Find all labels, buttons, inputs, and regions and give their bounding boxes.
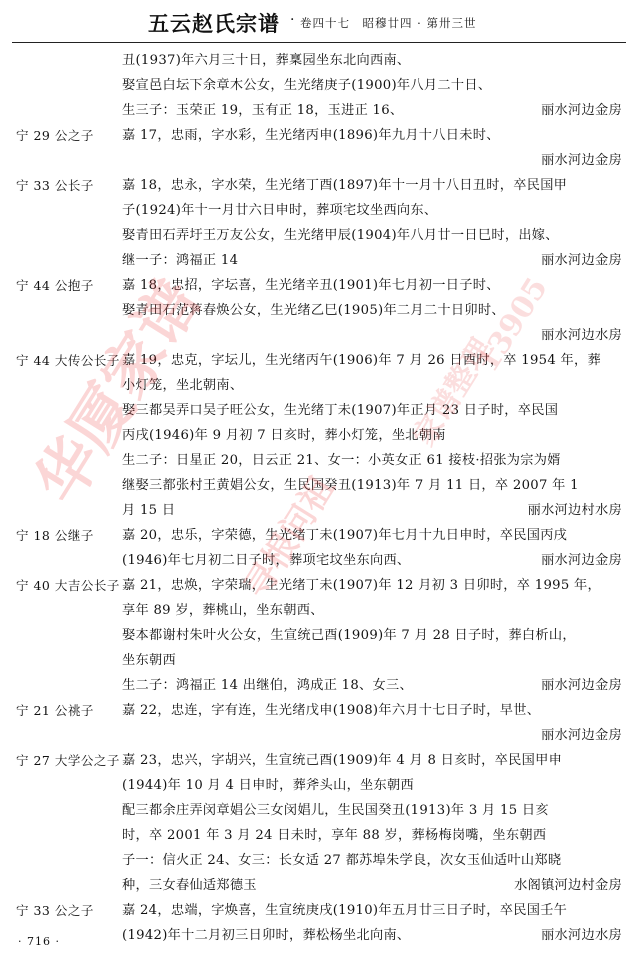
- genealogy-entry: 宁 44 大传公长子嘉 19，忠克，字坛儿，生光绪丙午(1906)年 7 月 2…: [0, 348, 635, 523]
- lineage-label: 宁 29 公之子: [0, 123, 122, 173]
- entry-text: 继一子：鸿福正 14: [122, 248, 238, 273]
- lineage-label: 宁 44 公抱子: [0, 273, 122, 348]
- residence-branch: 丽水河边金房: [541, 248, 622, 273]
- entry-line: 嘉 24，忠端，字焕喜，生宣统庚戌(1910)年五月廿三日子时，卒民国壬午: [122, 898, 622, 923]
- entry-body: 嘉 23，忠兴，字胡兴，生宣统己酉(1909)年 4 月 8 日亥时，卒民国甲申…: [122, 748, 622, 898]
- genealogy-entry: 宁 40 大吉公长子嘉 21，忠焕，字荣瑞，生光绪丁未(1907)年 12 月初…: [0, 573, 635, 698]
- entry-text: 嘉 18，忠招，字坛喜，生光绪辛丑(1901)年七月初一日子时、: [122, 273, 500, 298]
- entry-text: 时，卒 2001 年 3 月 24 日未时，享年 88 岁，葬杨梅岗嘴，坐东朝西: [122, 823, 546, 848]
- entry-line: 娶本都谢村朱叶火公女，生宣统己酉(1909)年 7 月 28 日子时，葬白析山，: [122, 623, 622, 648]
- entry-line: 时，卒 2001 年 3 月 24 日未时，享年 88 岁，葬杨梅岗嘴，坐东朝西: [122, 823, 622, 848]
- entry-body: 嘉 21，忠焕，字荣瑞，生光绪丁未(1907)年 12 月初 3 日卯时，卒 1…: [122, 573, 622, 698]
- entry-line: 嘉 21，忠焕，字荣瑞，生光绪丁未(1907)年 12 月初 3 日卯时，卒 1…: [122, 573, 622, 598]
- residence-branch: 丽水河边金房: [541, 723, 622, 748]
- entry-line: 小灯笼，坐北朝南、: [122, 373, 622, 398]
- entry-text: 娶青田石弄圩王万友公女，生光绪甲辰(1904)年八月廿一日巳时，出嫁、: [122, 223, 559, 248]
- header-rule: [12, 42, 626, 43]
- residence-branch: 水阁镇河边村金房: [514, 873, 622, 898]
- entry-line: 坐东朝西: [122, 648, 622, 673]
- entry-line: 丙戌(1946)年 9 月初 7 日亥时，葬小灯笼，坐北朝南: [122, 423, 622, 448]
- entry-line: (1942)年十二月初三日卯时，葬松杨坐北向南、丽水河边水房: [122, 923, 622, 948]
- entry-line: 生二子：日星正 20，日云正 21、女一：小英女正 61 接枝·招张为宗为婿: [122, 448, 622, 473]
- entry-text: 嘉 18，忠永，字水荣，生光绪丁酉(1897)年十一月十八日丑时，卒民国甲: [122, 173, 567, 198]
- entry-text: (1942)年十二月初三日卯时，葬松杨坐北向南、: [122, 923, 410, 948]
- entry-line: 丑(1937)年六月三十日，葬稟园坐东北向西南、: [122, 48, 622, 73]
- entry-line: 配三都余庄弄闵章娼公三女闵娼儿，生民国癸丑(1913)年 3 月 15 日亥: [122, 798, 622, 823]
- entry-text: 生二子：鸿福正 14 出继伯，鸿成正 18、女三、: [122, 673, 413, 698]
- entry-text: 嘉 21，忠焕，字荣瑞，生光绪丁未(1907)年 12 月初 3 日卯时，卒 1…: [122, 573, 601, 598]
- entry-line: 嘉 20，忠乐，字荣德，生光绪丁未(1907)年七月十九日申时，卒民国丙戌: [122, 523, 622, 548]
- entry-text: 嘉 22，忠连，字有连，生光绪戊申(1908)年六月十七日子时，早世、: [122, 698, 540, 723]
- entry-line: 子(1924)年十一月廿六日申时，葬项宅坟坐西向东、: [122, 198, 622, 223]
- entry-line: 嘉 18，忠永，字水荣，生光绪丁酉(1897)年十一月十八日丑时，卒民国甲: [122, 173, 622, 198]
- residence-branch: 丽水河边水房: [541, 923, 622, 948]
- genealogy-entry: 宁 27 大学公之子嘉 23，忠兴，字胡兴，生宣统己酉(1909)年 4 月 8…: [0, 748, 635, 898]
- entry-body: 丑(1937)年六月三十日，葬稟园坐东北向西南、娶宣邑白坛下余章木公女，生光绪庚…: [122, 48, 622, 123]
- entry-line: 嘉 17，忠雨，字水彩，生光绪丙申(1896)年九月十八日未时、: [122, 123, 622, 148]
- entry-text: 嘉 20，忠乐，字荣德，生光绪丁未(1907)年七月十九日申时，卒民国丙戌: [122, 523, 567, 548]
- entry-text: 嘉 19，忠克，字坛儿，生光绪丙午(1906)年 7 月 26 日酉时，卒 19…: [122, 348, 601, 373]
- page-header: 五云赵氏宗谱 · 卷四十七 昭穆廿四 · 第卅三世: [0, 0, 635, 44]
- entry-text: 继娶三都张村王黄娼公女，生民国癸丑(1913)年 7 月 11 日，卒 2007…: [122, 473, 579, 498]
- lineage-label: 宁 18 公继子: [0, 523, 122, 573]
- genealogy-entry: 宁 33 公长子嘉 18，忠永，字水荣，生光绪丁酉(1897)年十一月十八日丑时…: [0, 173, 635, 273]
- entry-text: 娶本都谢村朱叶火公女，生宣统己酉(1909)年 7 月 28 日子时，葬白析山，: [122, 623, 576, 648]
- entry-body: 嘉 18，忠永，字水荣，生光绪丁酉(1897)年十一月十八日丑时，卒民国甲子(1…: [122, 173, 622, 273]
- entry-line: 子一：信火正 24、女三：长女适 27 都苏埠朱学良，次女玉仙适叶山郑晓: [122, 848, 622, 873]
- entry-text: 生二子：日星正 20，日云正 21、女一：小英女正 61 接枝·招张为宗为婿: [122, 448, 561, 473]
- entry-line: 种，三女春仙适郑德玉水阁镇河边村金房: [122, 873, 622, 898]
- entry-body: 嘉 24，忠端，字焕喜，生宣统庚戌(1910)年五月廿三日子时，卒民国壬午(19…: [122, 898, 622, 948]
- lineage-label: [0, 48, 122, 123]
- entry-text: 配三都余庄弄闵章娼公三女闵娼儿，生民国癸丑(1913)年 3 月 15 日亥: [122, 798, 549, 823]
- entry-line: 嘉 18，忠招，字坛喜，生光绪辛丑(1901)年七月初一日子时、: [122, 273, 622, 298]
- entry-line: 嘉 22，忠连，字有连，生光绪戊申(1908)年六月十七日子时，早世、: [122, 698, 622, 723]
- entry-text: 月 15 日: [122, 498, 175, 523]
- entry-text: 嘉 24，忠端，字焕喜，生宣统庚戌(1910)年五月廿三日子时，卒民国壬午: [122, 898, 567, 923]
- entry-text: 嘉 23，忠兴，字胡兴，生宣统己酉(1909)年 4 月 8 日亥时，卒民国甲申: [122, 748, 562, 773]
- entry-line: 生三子：玉荣正 19，玉有正 18，玉进正 16、丽水河边金房: [122, 98, 622, 123]
- residence-branch: 丽水河边金房: [541, 98, 622, 123]
- entry-text: 丑(1937)年六月三十日，葬稟园坐东北向西南、: [122, 48, 410, 73]
- entry-line: 娶青田石范蒋春焕公女，生光绪乙巳(1905)年二月二十日卯时、: [122, 298, 622, 323]
- entry-text: 小灯笼，坐北朝南、: [122, 373, 243, 398]
- entry-text: (1944)年 10 月 4 日申时，葬斧头山，坐东朝西: [122, 773, 414, 798]
- genealogy-entry: 宁 18 公继子嘉 20，忠乐，字荣德，生光绪丁未(1907)年七月十九日申时，…: [0, 523, 635, 573]
- entry-line: 嘉 19，忠克，字坛儿，生光绪丙午(1906)年 7 月 26 日酉时，卒 19…: [122, 348, 622, 373]
- entry-line: 娶三都吴弄口吴子旺公女，生光绪丁未(1907)年正月 23 日子时，卒民国: [122, 398, 622, 423]
- entry-text: 子一：信火正 24、女三：长女适 27 都苏埠朱学良，次女玉仙适叶山郑晓: [122, 848, 561, 873]
- entry-text: 坐东朝西: [122, 648, 176, 673]
- entry-text: 嘉 17，忠雨，字水彩，生光绪丙申(1896)年九月十八日未时、: [122, 123, 500, 148]
- entry-text: 生三子：玉荣正 19，玉有正 18，玉进正 16、: [122, 98, 403, 123]
- entry-line: 娶青田石弄圩王万友公女，生光绪甲辰(1904)年八月廿一日巳时，出嫁、: [122, 223, 622, 248]
- page-number: · 716 ·: [18, 935, 60, 948]
- lineage-label: 宁 33 公长子: [0, 173, 122, 273]
- entry-text: 娶青田石范蒋春焕公女，生光绪乙巳(1905)年二月二十日卯时、: [122, 298, 505, 323]
- residence-branch: 丽水河边金房: [541, 148, 622, 173]
- lineage-label: 宁 44 大传公长子: [0, 348, 122, 523]
- entry-line: 继一子：鸿福正 14丽水河边金房: [122, 248, 622, 273]
- lineage-label: 宁 21 公祧子: [0, 698, 122, 748]
- book-title: 五云赵氏宗谱: [148, 8, 280, 38]
- genealogy-entries: 丑(1937)年六月三十日，葬稟园坐东北向西南、娶宣邑白坛下余章木公女，生光绪庚…: [0, 48, 635, 948]
- entry-line: 丽水河边金房: [122, 148, 622, 173]
- entry-line: 娶宣邑白坛下余章木公女，生光绪庚子(1900)年八月二十日、: [122, 73, 622, 98]
- entry-text: 丙戌(1946)年 9 月初 7 日亥时，葬小灯笼，坐北朝南: [122, 423, 446, 448]
- genealogy-entry: 宁 33 公之子嘉 24，忠端，字焕喜，生宣统庚戌(1910)年五月廿三日子时，…: [0, 898, 635, 948]
- genealogy-entry: 宁 21 公祧子嘉 22，忠连，字有连，生光绪戊申(1908)年六月十七日子时，…: [0, 698, 635, 748]
- residence-branch: 丽水河边金房: [541, 548, 622, 573]
- genealogy-entry: 宁 44 公抱子嘉 18，忠招，字坛喜，生光绪辛丑(1901)年七月初一日子时、…: [0, 273, 635, 348]
- title-separator: ·: [290, 12, 294, 28]
- entry-body: 嘉 19，忠克，字坛儿，生光绪丙午(1906)年 7 月 26 日酉时，卒 19…: [122, 348, 622, 523]
- entry-body: 嘉 18，忠招，字坛喜，生光绪辛丑(1901)年七月初一日子时、娶青田石范蒋春焕…: [122, 273, 622, 348]
- entry-body: 嘉 17，忠雨，字水彩，生光绪丙申(1896)年九月十八日未时、丽水河边金房: [122, 123, 622, 173]
- lineage-label: 宁 27 大学公之子: [0, 748, 122, 898]
- entry-line: 月 15 日丽水河边村水房: [122, 498, 622, 523]
- genealogy-entry: 丑(1937)年六月三十日，葬稟园坐东北向西南、娶宣邑白坛下余章木公女，生光绪庚…: [0, 48, 635, 123]
- entry-text: (1946)年七月初二日子时，葬项宅坟坐东向西、: [122, 548, 410, 573]
- entry-line: 丽水河边金房: [122, 723, 622, 748]
- entry-line: 嘉 23，忠兴，字胡兴，生宣统己酉(1909)年 4 月 8 日亥时，卒民国甲申: [122, 748, 622, 773]
- entry-body: 嘉 22，忠连，字有连，生光绪戊申(1908)年六月十七日子时，早世、丽水河边金…: [122, 698, 622, 748]
- entry-line: 继娶三都张村王黄娼公女，生民国癸丑(1913)年 7 月 11 日，卒 2007…: [122, 473, 622, 498]
- entry-text: 子(1924)年十一月廿六日申时，葬项宅坟坐西向东、: [122, 198, 437, 223]
- entry-body: 嘉 20，忠乐，字荣德，生光绪丁未(1907)年七月十九日申时，卒民国丙戌(19…: [122, 523, 622, 573]
- entry-line: 享年 89 岁，葬桃山，坐东朝西、: [122, 598, 622, 623]
- genealogy-entry: 宁 29 公之子嘉 17，忠雨，字水彩，生光绪丙申(1896)年九月十八日未时、…: [0, 123, 635, 173]
- residence-branch: 丽水河边水房: [541, 323, 622, 348]
- entry-line: (1944)年 10 月 4 日申时，葬斧头山，坐东朝西: [122, 773, 622, 798]
- entry-text: 娶宣邑白坛下余章木公女，生光绪庚子(1900)年八月二十日、: [122, 73, 491, 98]
- volume-subtitle: 卷四十七 昭穆廿四 · 第卅三世: [300, 15, 476, 31]
- entry-text: 种，三女春仙适郑德玉: [122, 873, 257, 898]
- lineage-label: 宁 40 大吉公长子: [0, 573, 122, 698]
- residence-branch: 丽水河边村水房: [528, 498, 622, 523]
- residence-branch: 丽水河边金房: [541, 673, 622, 698]
- entry-line: (1946)年七月初二日子时，葬项宅坟坐东向西、丽水河边金房: [122, 548, 622, 573]
- entry-text: 娶三都吴弄口吴子旺公女，生光绪丁未(1907)年正月 23 日子时，卒民国: [122, 398, 558, 423]
- entry-line: 生二子：鸿福正 14 出继伯，鸿成正 18、女三、丽水河边金房: [122, 673, 622, 698]
- entry-line: 丽水河边水房: [122, 323, 622, 348]
- entry-text: 享年 89 岁，葬桃山，坐东朝西、: [122, 598, 324, 623]
